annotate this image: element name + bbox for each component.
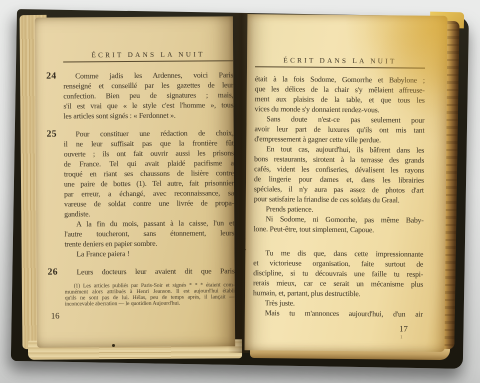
header-rule bbox=[63, 60, 233, 62]
left-page-text-column: ÉCRIT DANS LA NUIT 24Comme jadis les Ard… bbox=[63, 50, 235, 321]
paragraph: Sans doute n'est-ce pas seulement pourav… bbox=[254, 114, 424, 145]
text-line: Mais tu m'annonces aujourd'hui, d'un air bbox=[253, 308, 423, 319]
paragraph-number: 24 bbox=[46, 72, 56, 82]
paragraph-number: 25 bbox=[47, 130, 57, 140]
paragraph: était à la fois Sodome, Gomorrhe et Baby… bbox=[255, 74, 425, 115]
paragraph: Mais tu m'annonces aujourd'hui, d'un air bbox=[253, 308, 423, 319]
left-page: ÉCRIT DANS LA NUIT 24Comme jadis les Ard… bbox=[35, 16, 235, 347]
page-number: 17 bbox=[253, 323, 423, 333]
text-line: La France paiera ! bbox=[64, 248, 234, 259]
paragraph-number: 26 bbox=[48, 268, 58, 278]
ink-speck bbox=[112, 344, 115, 347]
left-page-paragraphs: 24Comme jadis les Ardennes, voici Parisr… bbox=[63, 70, 234, 277]
text-line: vareuse de soldat contre une livrée de p… bbox=[64, 198, 234, 209]
paragraph: Ni Sodome, ni Gomorrhe, pas même Baby-lo… bbox=[254, 214, 424, 235]
paragraph: A la fin du mois, passant à la caisse, l… bbox=[64, 218, 234, 249]
header-rule bbox=[255, 66, 425, 68]
footnote-line: inconcevable aberration — le quotidien A… bbox=[65, 301, 235, 308]
paragraph: 27Tu me dis que, dans cette impressionna… bbox=[253, 248, 423, 299]
text-line: Leurs docteurs leur avaient dit que Pari… bbox=[65, 266, 235, 277]
paragraph: 26Leurs docteurs leur avaient dit que Pa… bbox=[65, 266, 235, 277]
page-number: 16 bbox=[51, 311, 235, 321]
paragraph-number: 27 bbox=[245, 248, 247, 258]
text-line: l'autre toucheront, sans étonnement, leu… bbox=[64, 228, 234, 239]
paragraph: En tout cas, aujourd'hui, ils bâfrent da… bbox=[254, 144, 425, 205]
text-line: s'il est vrai que « le style c'est l'hom… bbox=[63, 100, 233, 111]
right-page: ÉCRIT DANS LA NUIT était à la fois Sodom… bbox=[245, 14, 448, 352]
text-line: les articles sont signés : « Ferdonnet »… bbox=[64, 110, 234, 121]
paragraph: 24Comme jadis les Ardennes, voici Parisr… bbox=[63, 70, 233, 121]
paragraph: 25Pour constituer une rédaction de choix… bbox=[64, 128, 235, 219]
paragraph: La France paiera ! bbox=[64, 248, 234, 259]
running-header: ÉCRIT DANS LA NUIT bbox=[63, 50, 233, 59]
right-page-paragraphs: était à la fois Sodome, Gomorrhe et Baby… bbox=[253, 74, 425, 319]
running-header: ÉCRIT DANS LA NUIT bbox=[255, 56, 425, 65]
footnote: (1) Les articles publiés par Paris-Soir … bbox=[65, 282, 235, 308]
text-line: lone. Peut-être, tout simplement, Capoue… bbox=[254, 224, 424, 235]
photo-background: ÉCRIT DANS LA NUIT 24Comme jadis les Ard… bbox=[0, 0, 480, 383]
signature-mark: 1 bbox=[253, 334, 423, 340]
right-page-text-column: ÉCRIT DANS LA NUIT était à la fois Sodom… bbox=[253, 56, 425, 340]
